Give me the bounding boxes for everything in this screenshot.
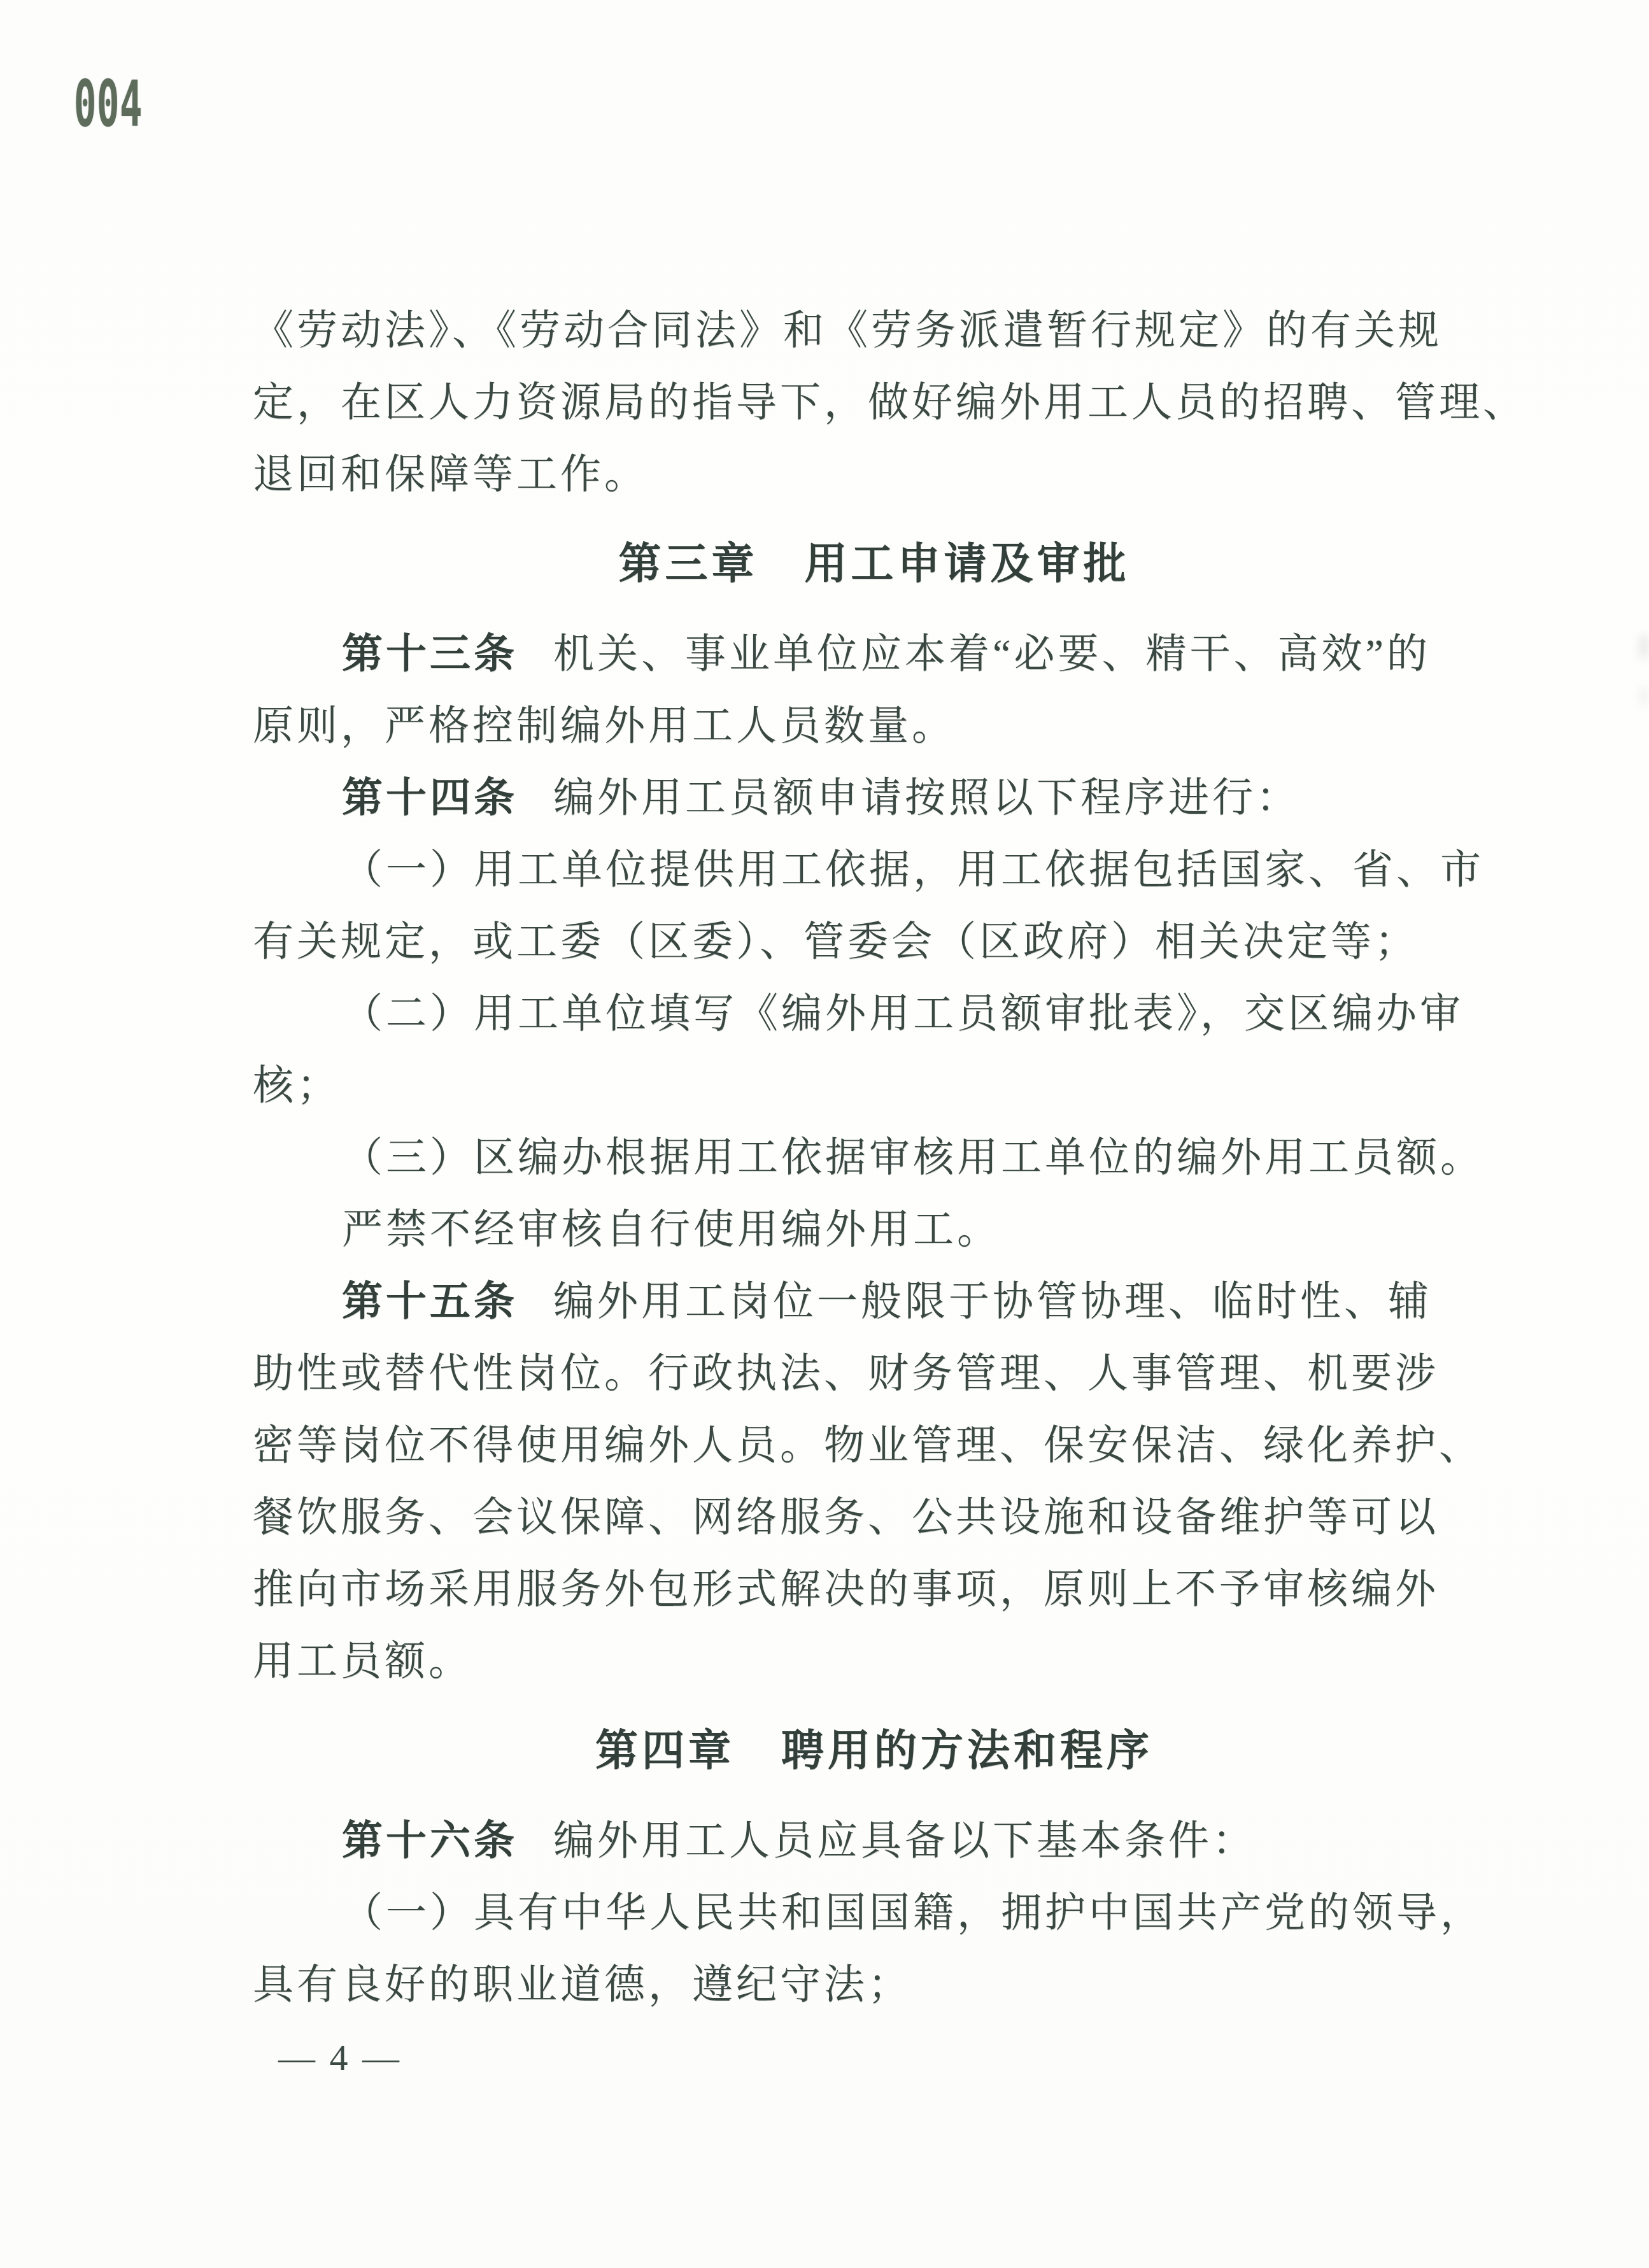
- chapter-heading: 第三章 用工申请及审批: [253, 528, 1496, 600]
- text-line: 助性或替代性岗位。行政执法、财务管理、人事管理、机要涉: [253, 1337, 1496, 1409]
- text-line: 用工员额。: [253, 1625, 1496, 1697]
- text-line: 密等岗位不得使用编外人员。物业管理、保安保洁、绿化养护、: [253, 1409, 1496, 1481]
- text-line: 餐饮服务、会议保障、网络服务、公共设施和设备维护等可以: [253, 1481, 1496, 1553]
- document-body: 《劳动法》、《劳动合同法》和《劳务派遣暂行规定》的有关规定，在区人力资源局的指导…: [253, 294, 1496, 2020]
- text-line: 有关规定，或工委（区委）、管委会（区政府）相关决定等；: [253, 905, 1496, 977]
- text-line: （二）用工单位填写《编外用工员额审批表》，交区编办审: [253, 977, 1496, 1049]
- text-line: 核；: [253, 1049, 1496, 1121]
- text-line: 原则，严格控制编外用工人员数量。: [253, 690, 1496, 762]
- scanned-page: 004 《劳动法》、《劳动合同法》和《劳务派遣暂行规定》的有关规定，在区人力资源…: [0, 0, 1649, 2268]
- text-line: 第十三条机关、事业单位应本着“必要、精干、高效”的: [253, 618, 1496, 690]
- text-line: 推向市场采用服务外包形式解决的事项，原则上不予审核编外: [253, 1553, 1496, 1625]
- chapter-heading: 第四章 聘用的方法和程序: [253, 1715, 1496, 1787]
- text-line: 第十六条编外用工人员应具备以下基本条件：: [253, 1804, 1496, 1876]
- text-line: 第十五条编外用工岗位一般限于协管协理、临时性、辅: [253, 1265, 1496, 1337]
- text-line: 具有良好的职业道德，遵纪守法；: [253, 1948, 1496, 2020]
- text-line: 定，在区人力资源局的指导下，做好编外用工人员的招聘、管理、: [253, 366, 1496, 438]
- text-line: 严禁不经审核自行使用编外用工。: [253, 1193, 1496, 1265]
- footer-page-number: — 4 —: [278, 2036, 402, 2079]
- article-number: 第十六条: [342, 1817, 518, 1863]
- text-line: （三）区编办根据用工依据审核用工单位的编外用工员额。: [253, 1121, 1496, 1193]
- text-line: 《劳动法》、《劳动合同法》和《劳务派遣暂行规定》的有关规: [253, 294, 1496, 366]
- article-number: 第十四条: [342, 774, 518, 820]
- text-line: 第十四条编外用工员额申请按照以下程序进行：: [253, 762, 1496, 833]
- scan-smudge: [1640, 686, 1648, 705]
- article-number: 第十三条: [342, 630, 518, 676]
- page-stamp-number: 004: [74, 67, 143, 141]
- article-number: 第十五条: [342, 1278, 518, 1324]
- text-line: （一）具有中华人民共和国国籍，拥护中国共产党的领导，: [253, 1876, 1496, 1948]
- text-line: 退回和保障等工作。: [253, 438, 1496, 510]
- text-line: （一）用工单位提供用工依据，用工依据包括国家、省、市: [253, 833, 1496, 905]
- scan-smudge: [1639, 634, 1649, 660]
